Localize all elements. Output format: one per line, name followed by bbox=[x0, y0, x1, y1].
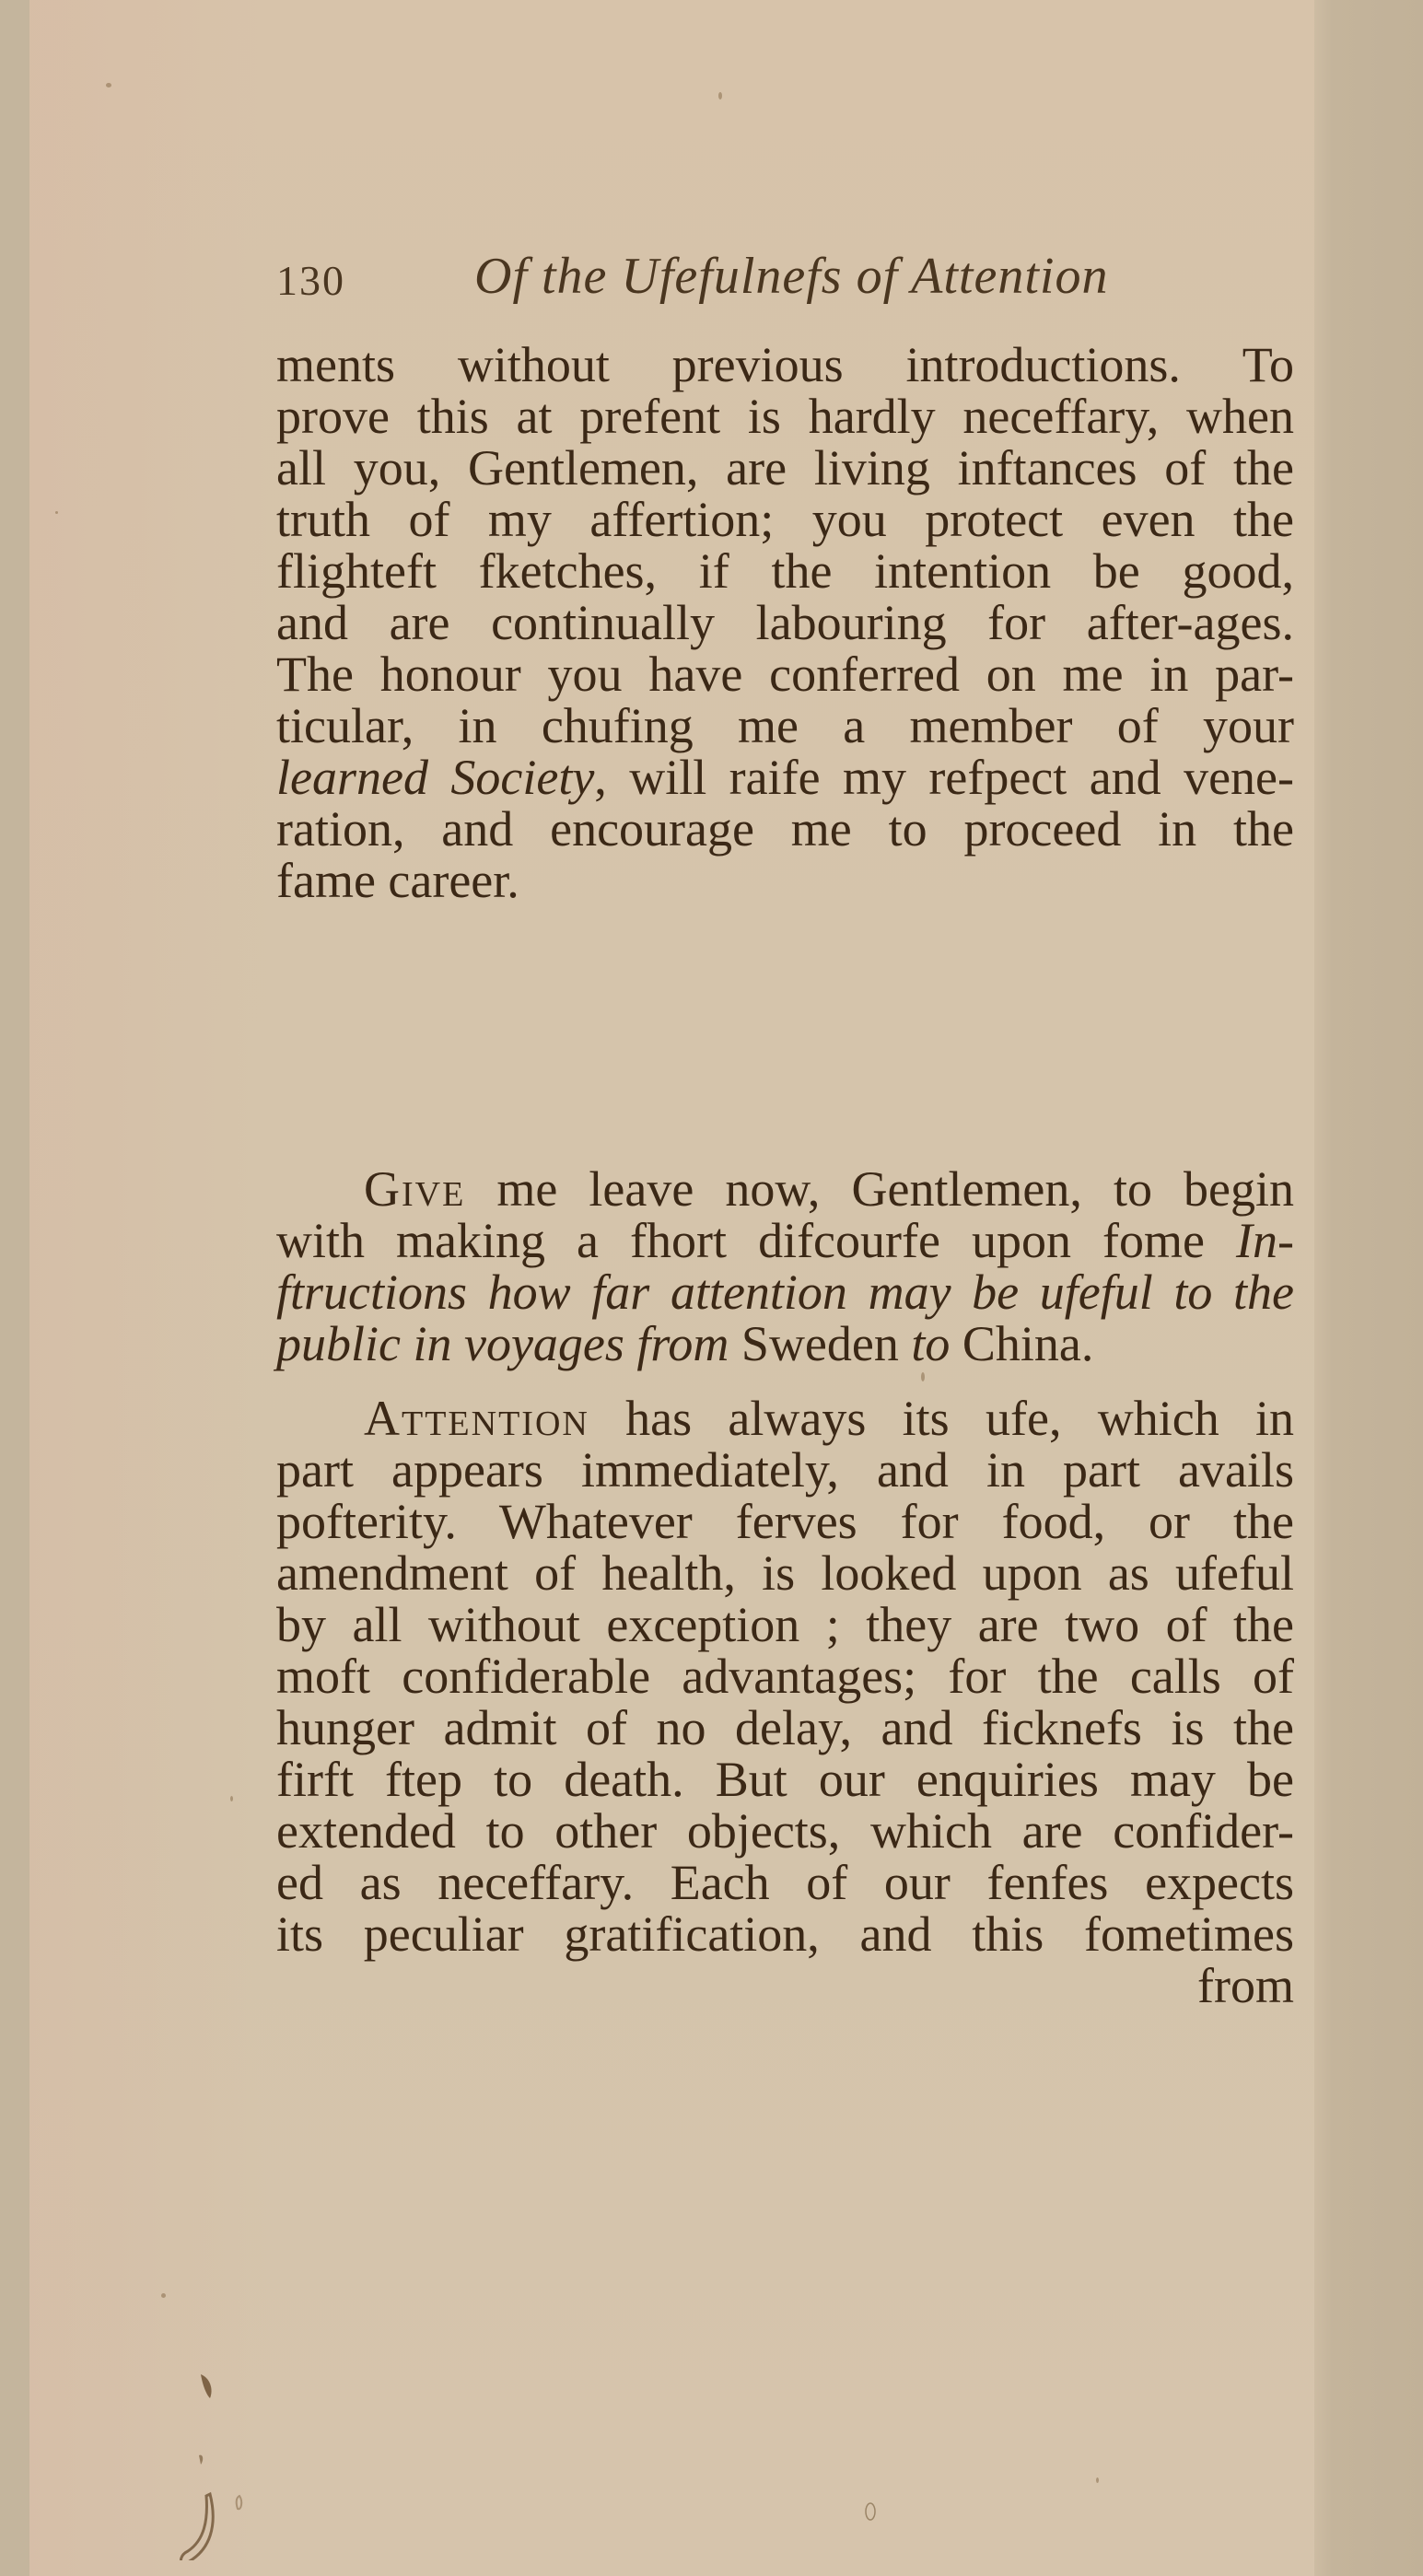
text-fragment: with making a fhort difcourfe upon fome bbox=[276, 1213, 1205, 1268]
text-line: its peculiar gratification, and this fom… bbox=[276, 1908, 1294, 1960]
text-line: amendment of health, is looked upon as u… bbox=[276, 1547, 1294, 1599]
text-line: ration, and encourage me to proceed in t… bbox=[276, 803, 1294, 855]
text-line: flighteft fketches, if the intention be … bbox=[276, 545, 1294, 597]
text-line: The honour you have conferred on me in p… bbox=[276, 648, 1294, 700]
paper-fleck bbox=[718, 92, 722, 99]
text-line: moft confiderable advantages; for the ca… bbox=[276, 1650, 1294, 1702]
place-name: Sweden bbox=[741, 1316, 899, 1371]
text-fragment: me leave now, Gentlemen, to begin bbox=[496, 1161, 1294, 1217]
running-head-title: Of the Ufefulnefs of Attention bbox=[474, 247, 1108, 306]
text-line-with-italic: learned Society, will raife my refpect a… bbox=[276, 752, 1294, 803]
paper-fleck bbox=[921, 1372, 925, 1381]
text-line: extended to other objects, which are con… bbox=[276, 1805, 1294, 1857]
catchword: from bbox=[276, 1960, 1294, 2011]
text-line: ed as neceffary. Each of our fenfes expe… bbox=[276, 1857, 1294, 1908]
lead-word: Attention bbox=[364, 1391, 589, 1446]
text-fragment: , will raife my refpect and vene- bbox=[594, 750, 1294, 805]
text-line: Attention has always its ufe, which in bbox=[276, 1393, 1294, 1444]
page-number: 130 bbox=[276, 256, 345, 305]
text-line: Give me leave now, Gentlemen, to begin bbox=[276, 1163, 1294, 1215]
text-line: prove this at prefent is hardly neceffar… bbox=[276, 390, 1294, 442]
paper-fleck bbox=[55, 511, 58, 514]
text-line: ments without previous introductions. To bbox=[276, 339, 1294, 390]
lead-word: Give bbox=[364, 1161, 465, 1217]
text-line: by all without exception ; they are two … bbox=[276, 1599, 1294, 1650]
paper-fleck bbox=[230, 1796, 233, 1801]
text-line: truth of my affertion; you protect even … bbox=[276, 494, 1294, 545]
running-head: 130 Of the Ufefulnefs of Attention bbox=[276, 238, 1308, 321]
text-line: ticular, in chufing me a member of your bbox=[276, 700, 1294, 752]
italic-phrase: In- bbox=[1236, 1213, 1294, 1268]
paragraph-continuation: ments without previous introductions. To… bbox=[276, 339, 1294, 906]
scan-left-margin bbox=[0, 0, 29, 2576]
italic-phrase: to bbox=[911, 1316, 950, 1371]
paragraph-give-me-leave: Give me leave now, Gentlemen, to begin w… bbox=[276, 1163, 1294, 1370]
text-line: hunger admit of no delay, and ficknefs i… bbox=[276, 1702, 1294, 1754]
page-right-edge bbox=[1314, 0, 1423, 2576]
text-fragment: has always its ufe, which in bbox=[625, 1391, 1294, 1446]
paper-fleck bbox=[1096, 2477, 1099, 2483]
text-line: pofterity. Whatever ferves for food, or … bbox=[276, 1496, 1294, 1547]
paper-fleck bbox=[106, 83, 111, 87]
paper-fleck bbox=[161, 2293, 166, 2298]
text-line: ftructions how far attention may be ufef… bbox=[276, 1266, 1294, 1318]
text-line: firft ftep to death. But our enquiries m… bbox=[276, 1754, 1294, 1805]
place-name: China. bbox=[962, 1316, 1094, 1371]
text-line: all you, Gentlemen, are living inftances… bbox=[276, 442, 1294, 494]
text-line: public in voyages from Sweden to China. bbox=[276, 1318, 1294, 1370]
paragraph-attention: Attention has always its ufe, which in p… bbox=[276, 1393, 1294, 2011]
text-line: and are continually labouring for after-… bbox=[276, 597, 1294, 648]
text-line: fame career. bbox=[276, 855, 1294, 906]
italic-phrase: learned Society bbox=[276, 750, 594, 805]
paper-ring-mark-icon bbox=[861, 2498, 880, 2525]
italic-phrase: public in voyages from bbox=[276, 1316, 729, 1371]
ink-smudge-icon bbox=[157, 2358, 267, 2560]
text-line: part appears immediately, and in part av… bbox=[276, 1444, 1294, 1496]
text-line: with making a fhort difcourfe upon fome … bbox=[276, 1215, 1294, 1266]
